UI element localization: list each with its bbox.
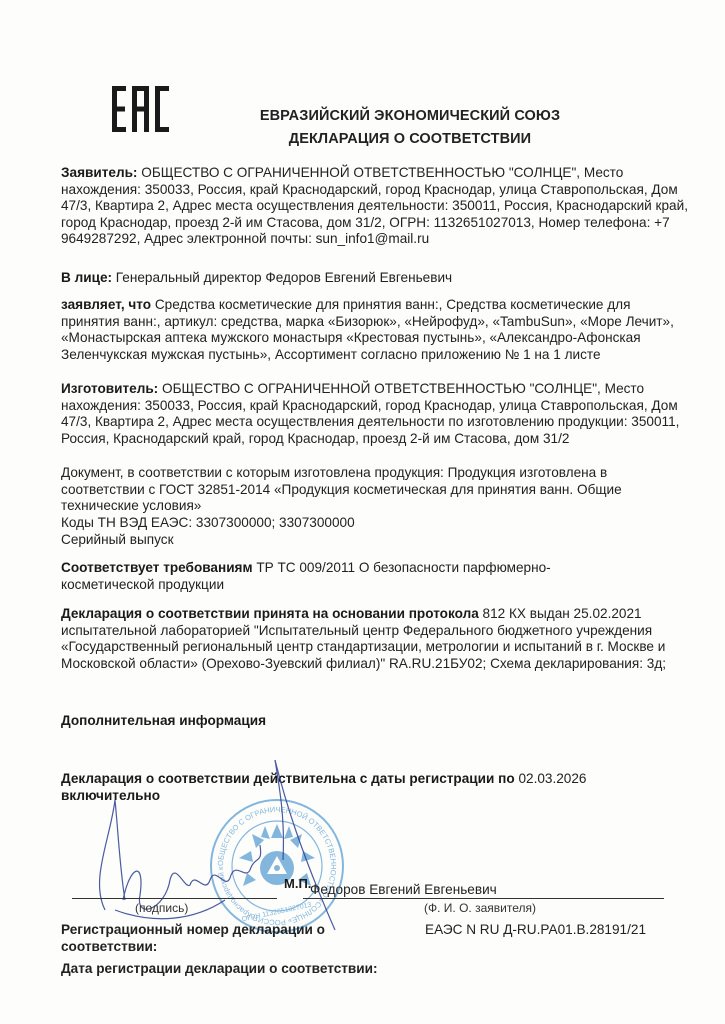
name-line [303,898,664,899]
conforms-label: Соответствует требованиям [61,560,253,575]
manufacturer-label: Изготовитель: [61,381,158,396]
union-title: ЕВРАЗИЙСКИЙ ЭКОНОМИЧЕСКИЙ СОЮЗ [210,108,610,124]
represented-by-text: Генеральный директор Федоров Евгений Евг… [112,270,452,285]
eac-logo [112,86,170,137]
signatory-name: Федоров Евгений Евгеньевич [310,882,497,897]
signature-caption: (подпись) [135,901,188,915]
represented-by-label: В лице: [61,270,112,285]
conforms-section: Соответствует требованиям ТР ТС 009/2011… [61,560,621,593]
protocol-section: Декларация о соответствии принята на осн… [61,606,686,672]
serial-release: Серийный выпуск [61,532,691,549]
standard-document: Документ, в соответствии с которым изгот… [61,465,691,515]
declares-text: Средства косметические для принятия ванн… [61,297,674,362]
signature-scribble [85,760,345,930]
protocol-label: Декларация о соответствии принята на осн… [61,606,479,621]
declares-label: заявляет, что [61,297,151,312]
registration-number: ЕАЭС N RU Д-RU.РА01.В.28191/21 [425,922,646,937]
declares-section: заявляет, что Средства косметические для… [61,297,691,363]
stamp-place-label: М.П. [284,876,311,891]
document-title: ДЕКЛАРАЦИЯ О СООТВЕТСТВИИ [210,131,610,147]
registration-date-label: Дата регистрации декларации о соответств… [61,961,691,978]
applicant-section: Заявитель: ОБЩЕСТВО С ОГРАНИЧЕННОЙ ОТВЕТ… [61,165,691,248]
applicant-text: ОБЩЕСТВО С ОГРАНИЧЕННОЙ ОТВЕТСТВЕННОСТЬЮ… [61,165,688,246]
represented-by-section: В лице: Генеральный директор Федоров Евг… [61,270,691,287]
signature-line [72,898,277,899]
eac-mark-icon [112,86,170,132]
additional-info-section: Дополнительная информация [61,713,691,730]
name-caption: (Ф. И. О. заявителя) [424,901,536,915]
hs-codes: Коды ТН ВЭД ЕАЭС: 3307300000; 3307300000 [61,515,691,532]
additional-info-label: Дополнительная информация [61,713,266,728]
validity-date: 02.03.2026 [515,771,587,786]
manufacturer-section: Изготовитель: ОБЩЕСТВО С ОГРАНИЧЕННОЙ ОТ… [61,381,691,447]
applicant-label: Заявитель: [61,165,137,180]
registration-number-label: Регистрационный номер декларации о соотв… [61,922,361,955]
